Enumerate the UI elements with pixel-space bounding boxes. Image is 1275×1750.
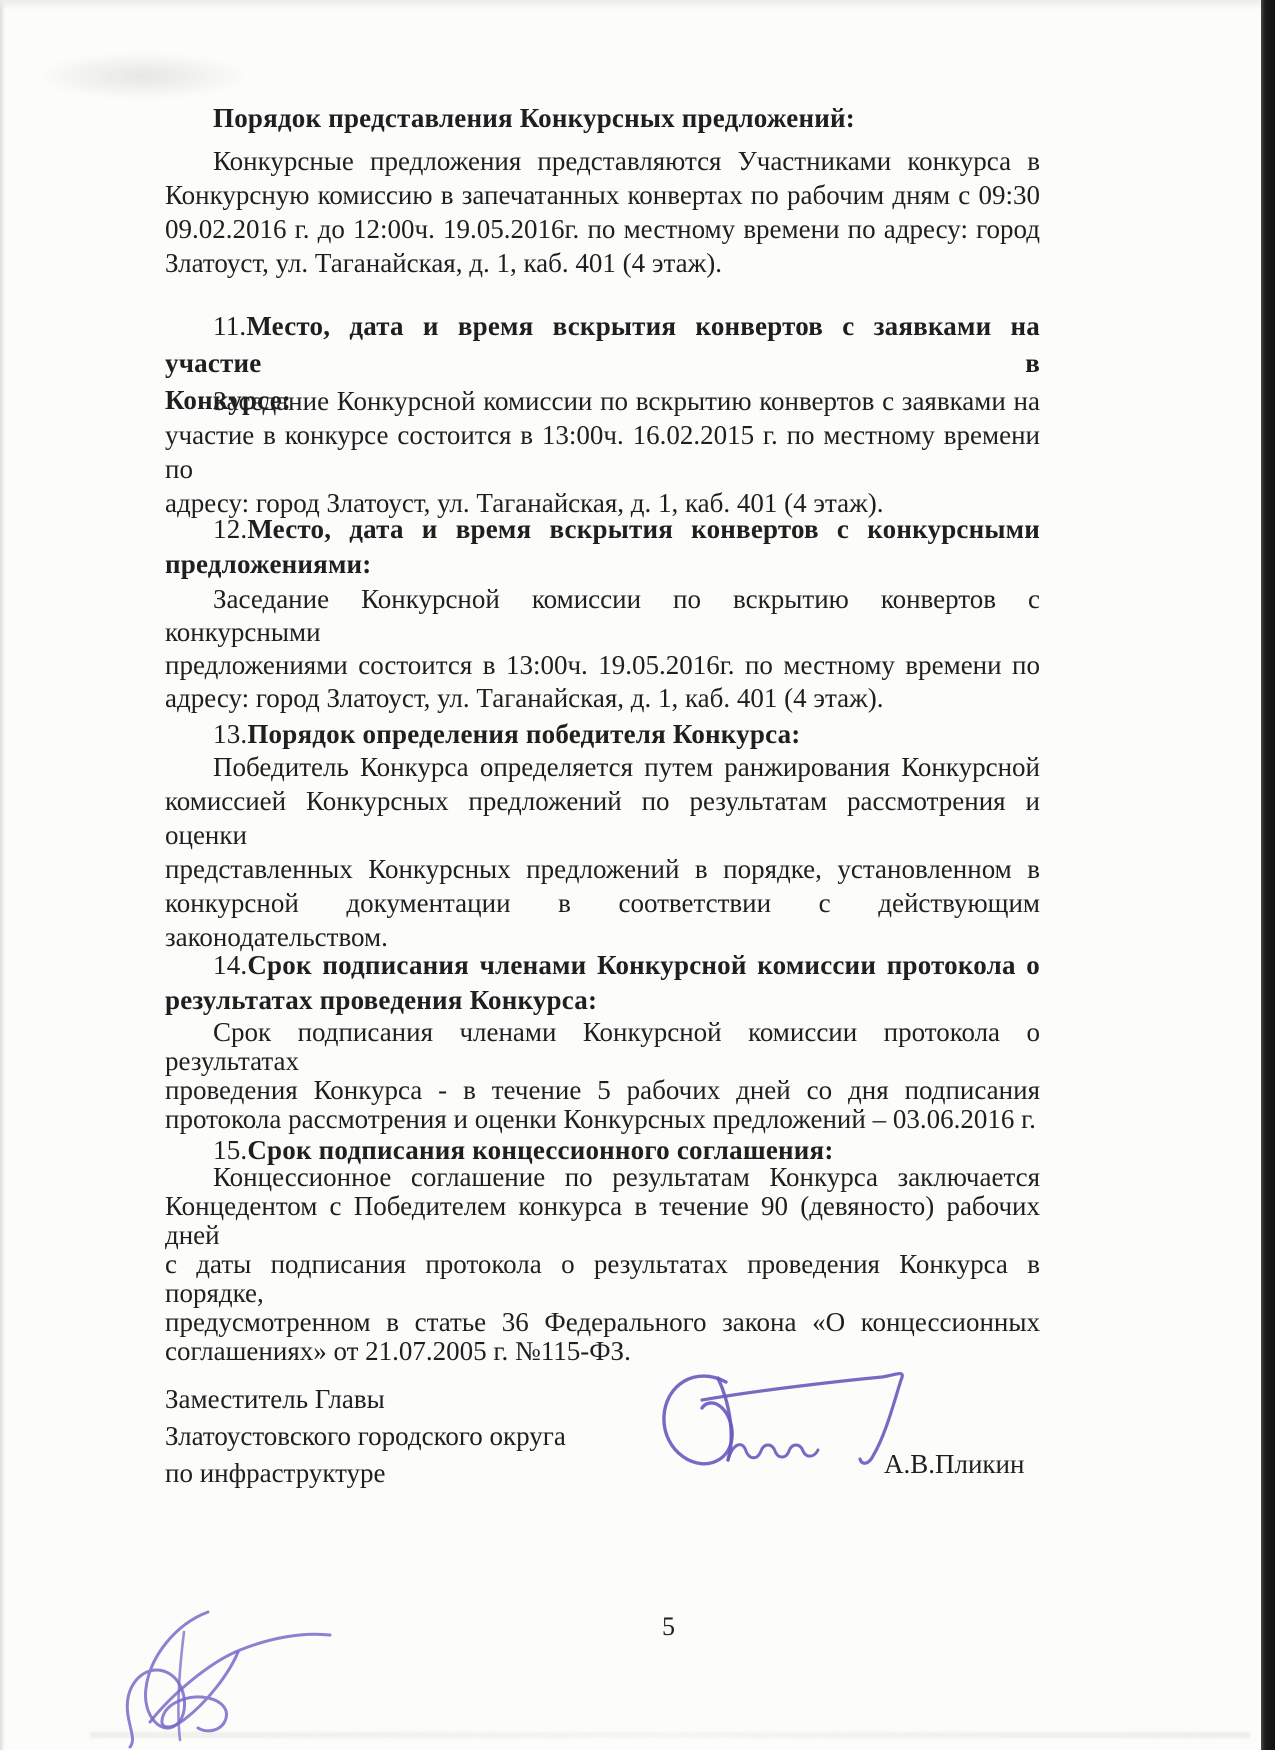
section-10-paragraph: Конкурсные предложения представляются Уч…	[165, 144, 1040, 280]
section-15-paragraph: Концессионное соглашение по результатам …	[165, 1163, 1040, 1366]
section-heading-text: Порядок определения победителя Конкурса:	[247, 719, 800, 749]
page-number: 5	[662, 1612, 675, 1642]
section-12-paragraph: Заседание Конкурсной комиссии по вскрыти…	[165, 583, 1040, 715]
paraph-ink	[88, 1602, 340, 1750]
section-number: 13.	[213, 719, 247, 749]
section-heading-text: Срок подписания членами Конкурсной комис…	[247, 950, 1040, 980]
section-heading-text: Срок подписания концессионного соглашени…	[247, 1135, 833, 1165]
scanned-document-page: Порядок представления Конкурсных предлож…	[0, 0, 1275, 1750]
section-14-heading: 14.Срок подписания членами Конкурсной ко…	[165, 948, 1040, 1018]
scan-left-edge	[0, 0, 5, 1750]
section-13-paragraph: Победитель Конкурса определяется путем р…	[165, 750, 1040, 954]
signatory-name: А.В.Пликин	[884, 1449, 1024, 1480]
signoff-title: Заместитель ГлавыЗлатоустовского городск…	[165, 1381, 725, 1492]
section-heading-text: Порядок представления Конкурсных предлож…	[165, 100, 1040, 137]
section-10-heading: Порядок представления Конкурсных предлож…	[165, 100, 1040, 137]
scan-black-bar	[1261, 0, 1275, 1750]
section-number: 11.	[213, 311, 246, 341]
section-heading-text: предложениями:	[165, 547, 1040, 582]
section-heading-text: Место, дата и время вскрытия конвертов с…	[247, 514, 1040, 544]
section-11-paragraph: Заседание Конкурсной комиссии по вскрыти…	[165, 384, 1040, 520]
scan-smudge	[35, 52, 250, 100]
scan-top-edge	[0, 0, 1275, 10]
section-13-heading: 13.Порядок определения победителя Конкур…	[165, 716, 1040, 753]
section-number: 12.	[213, 514, 247, 544]
signature-ink	[656, 1366, 922, 1482]
section-12-heading: 12.Место, дата и время вскрытия конверто…	[165, 512, 1040, 582]
section-number: 14.	[213, 950, 247, 980]
section-heading-text: результатах проведения Конкурса:	[165, 983, 1040, 1018]
section-14-paragraph: Срок подписания членами Конкурсной комис…	[165, 1018, 1040, 1134]
section-heading-text: Место, дата и время вскрытия конвертов с…	[165, 311, 1040, 378]
section-number: 15.	[213, 1135, 247, 1165]
